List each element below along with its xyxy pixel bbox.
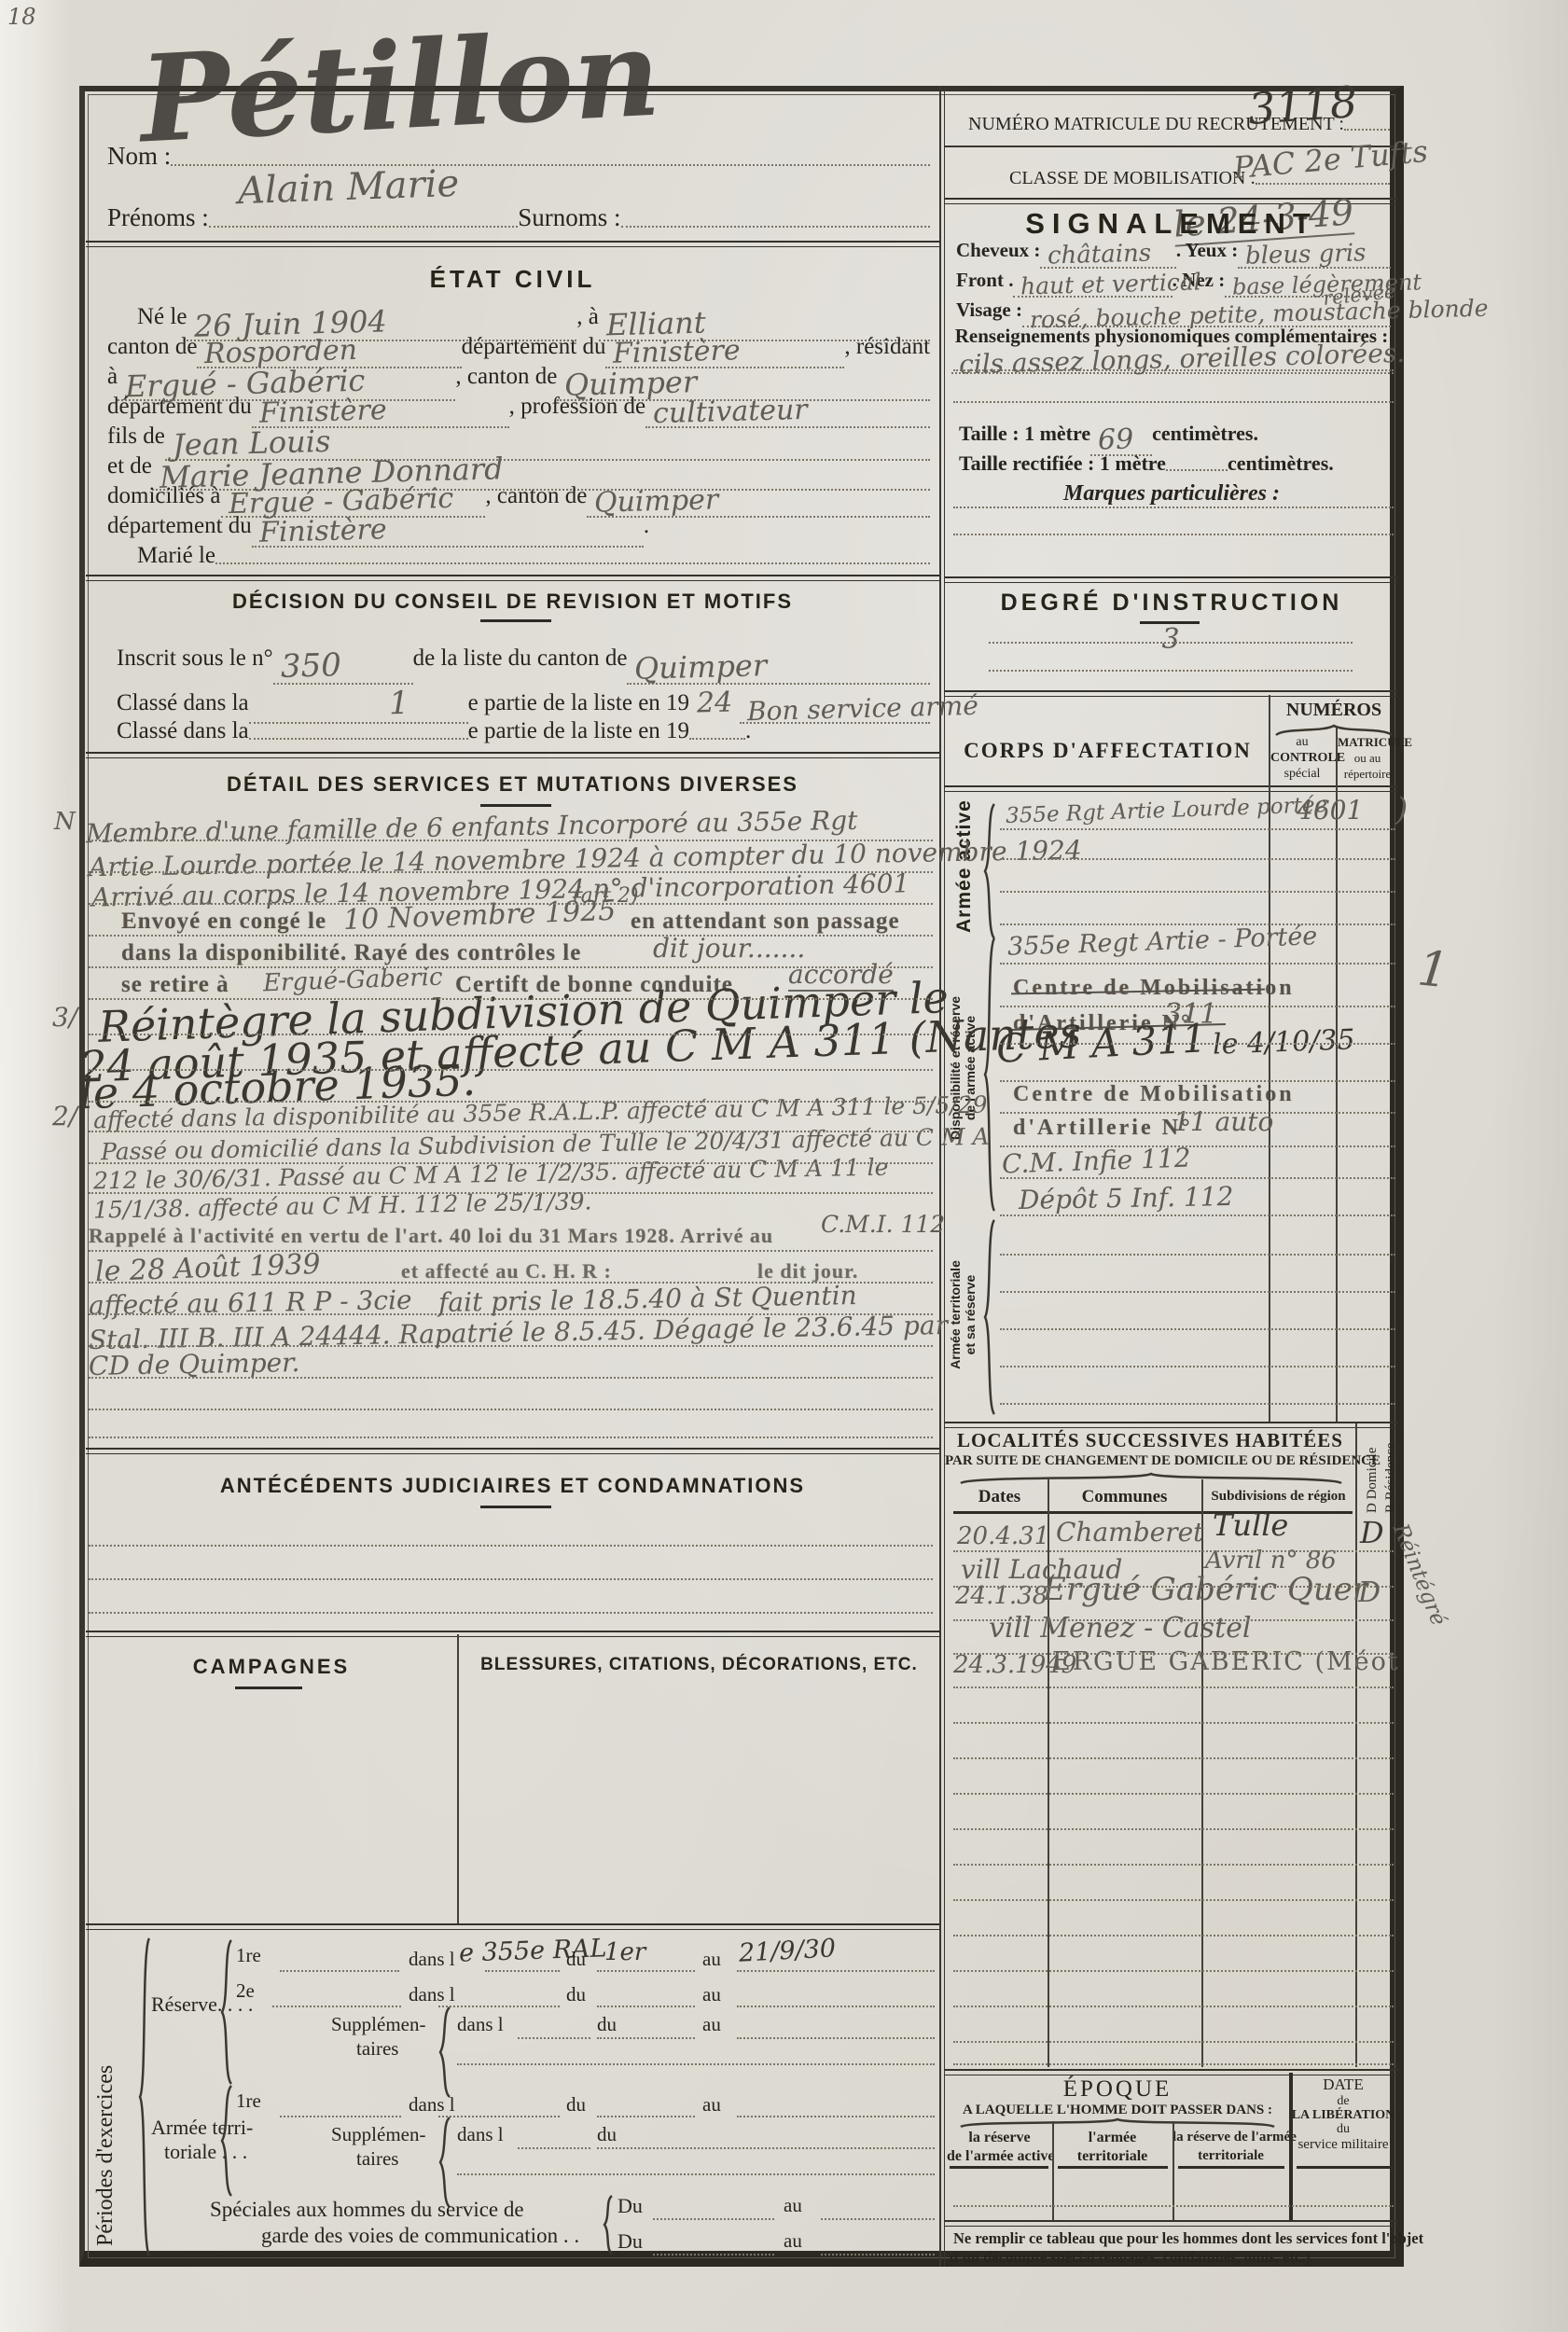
- suppl-brace: [438, 2116, 451, 2209]
- campagnes-divider: [457, 1634, 459, 1923]
- margin-mark-2: 2/: [52, 1101, 77, 1131]
- stamp-disponibilite: dans la disponibilité. Rayé des contrôle…: [121, 940, 581, 966]
- inscrit-row: Inscrit sous le n° 350 de la liste du ca…: [117, 645, 930, 689]
- taille-label: Taille : 1 mètre: [959, 422, 1090, 446]
- fiche-matricule-page: 18 Pétillon Nom : Prénoms : Surnoms : Al…: [0, 0, 1568, 2332]
- controle-header-3: spécial: [1270, 767, 1334, 782]
- rule: [86, 241, 939, 247]
- inscrit-canton: Quimper: [627, 647, 775, 687]
- reserve-1re-du: 1er: [604, 1938, 645, 1966]
- dotted-rule: [1000, 1145, 1395, 1147]
- front-value: haut et vertical: [1013, 268, 1209, 299]
- hw-cmi-112: C.M.I. 112: [821, 1211, 945, 1238]
- controle-header-2: CONTROLE: [1270, 751, 1334, 766]
- header-line: [953, 1511, 1353, 1514]
- services-line: affecté au 611 R P - 3cie: [89, 1284, 412, 1321]
- localite-dr: D: [1360, 1515, 1384, 1550]
- dotted-rule: [89, 903, 933, 905]
- renseignements-row: cils assez longs, oreilles colorées.: [951, 341, 1394, 379]
- dotted-rule: [457, 2063, 935, 2065]
- territoriale-1re-label: 1re: [236, 2089, 261, 2113]
- header-line: [1058, 2166, 1168, 2169]
- cheveux-label: Cheveux :: [956, 239, 1040, 262]
- dotted-rule: [1000, 1215, 1395, 1216]
- epoque-note-2: d'un décompte spécial (engagés, condamné…: [950, 2248, 1314, 2267]
- group-brace: [983, 802, 996, 940]
- rule: [945, 1422, 1398, 1428]
- dotted-rule: [953, 534, 1394, 535]
- dotted-rule: [737, 2116, 935, 2117]
- dotted-rule: [1000, 828, 1395, 830]
- matricule-header-2: ou au: [1338, 751, 1397, 766]
- margin-paren-mark: ): [1395, 791, 1408, 828]
- dotted-rule: [737, 2006, 935, 2007]
- dotted-rule: [953, 2063, 1394, 2065]
- dotted-rule: [89, 935, 933, 937]
- dotted-rule: [89, 1345, 933, 1347]
- title-dash: [480, 804, 551, 807]
- renseignements-value: cils assez longs, oreilles colorées.: [951, 338, 1413, 381]
- localites-subtitle: PAR SUITE DE CHANGEMENT DE DOMICILE OU D…: [945, 1453, 1355, 1469]
- dotted-rule: [438, 2006, 560, 2007]
- localite-subdivision: Tulle: [1213, 1507, 1288, 1543]
- speciales-label-1: Spéciales aux hommes du service de: [210, 2198, 524, 2222]
- dotted-rule: [953, 1687, 1394, 1688]
- rule: [86, 1923, 939, 1930]
- epoque-brace: [959, 2117, 1276, 2129]
- classe2-row: Classé dans la e partie de la liste en 1…: [117, 718, 930, 744]
- stamp-rappele: Rappelé à l'activité en vertu de l'art. …: [89, 1224, 773, 1248]
- territoriale-suppl-label: Supplémen-: [331, 2123, 425, 2146]
- taille-rectifiee-label: Taille rectifiée : 1 mètre: [959, 451, 1166, 476]
- header-line: [1297, 2166, 1394, 2169]
- etat-civil-title: ÉTAT CIVIL: [86, 265, 939, 294]
- rule: [945, 2220, 1398, 2227]
- dotted-rule: [953, 369, 1394, 371]
- epoque-subtitle: A LAQUELLE L'HOMME DOIT PASSER DANS :: [945, 2103, 1290, 2118]
- dotted-rule: [89, 1101, 933, 1103]
- dotted-rule: [989, 642, 1353, 644]
- decision-title: DÉCISION DU CONSEIL DE REVISION ET MOTIF…: [86, 590, 939, 614]
- signalement-title: SIGNALEMENT: [945, 207, 1398, 241]
- epoque-col3: la réserve de l'arméeterritoriale: [1173, 2129, 1289, 2165]
- stamp-artillerie-2-num: 11 auto: [1173, 1106, 1273, 1137]
- margin-mark-n: N: [54, 808, 76, 836]
- campagnes-title: CAMPAGNES: [86, 1655, 457, 1679]
- dotted-rule: [953, 507, 1394, 508]
- dotted-rule: [597, 2147, 935, 2149]
- dotted-rule: [89, 1313, 933, 1315]
- prenoms-line: [209, 226, 518, 228]
- dotted-rule: [280, 1970, 399, 1972]
- column-divider: [939, 86, 945, 2267]
- epoque-col2: l'arméeterritoriale: [1052, 2129, 1173, 2166]
- antecedents-title: ANTÉCÉDENTS JUDICIAIRES ET CONDAMNATIONS: [86, 1474, 939, 1498]
- stamp-centre-mobilisation-2: Centre de Mobilisation: [1013, 1082, 1295, 1107]
- territoriale-brace: [220, 2084, 233, 2198]
- col-communes: Communes: [1048, 1487, 1201, 1507]
- marques-label: Marques particulières :: [945, 481, 1398, 507]
- group-brace: [983, 937, 996, 1213]
- dotted-rule: [518, 2147, 590, 2149]
- dotted-rule: [953, 2205, 1394, 2207]
- corner-pencil-mark: 18: [7, 4, 36, 30]
- col-dates: Dates: [951, 1487, 1048, 1507]
- dotted-rule: [953, 1722, 1394, 1724]
- dotted-rule: [89, 1409, 933, 1410]
- dotted-rule: [89, 998, 933, 1000]
- yeux-label: . Yeux :: [1176, 239, 1238, 262]
- dotted-rule: [1000, 963, 1395, 965]
- taille-unit: centimètres.: [1152, 422, 1258, 446]
- dotted-rule: [953, 1757, 1394, 1759]
- rule: [86, 752, 939, 758]
- dotted-rule: [1000, 858, 1395, 860]
- dotted-rule: [89, 1192, 933, 1194]
- periodes-brace: [138, 1936, 151, 2257]
- dotted-rule: [1000, 923, 1395, 925]
- localite-date: 20.4.31: [957, 1522, 1049, 1550]
- dotted-rule: [653, 2254, 774, 2256]
- taille-rectifiee-row: Taille rectifiée : 1 mètre centimètres.: [959, 451, 1390, 476]
- localites-brace: [959, 1472, 1343, 1485]
- col-domicile-residence: D Domicile R Résidence: [1364, 1423, 1400, 1513]
- dotted-rule: [89, 1250, 933, 1252]
- reserve-brace: [220, 1938, 233, 2086]
- dotted-rule: [280, 2116, 401, 2117]
- epoque-note-1: Ne remplir ce tableau que pour les homme…: [953, 2229, 1423, 2248]
- stamp-affecte-chr: et affecté au C. H. R :: [401, 1259, 612, 1284]
- classe-line: [1256, 183, 1390, 185]
- surnoms-label: Surnoms :: [518, 203, 620, 232]
- rule: [945, 690, 1398, 697]
- dotted-rule: [457, 2173, 935, 2175]
- dotted-rule: [953, 2041, 1394, 2043]
- localite-commune: vill Menez - Castel: [989, 1612, 1251, 1645]
- table-line: [1201, 1479, 1203, 2067]
- dotted-rule: [953, 1586, 1394, 1588]
- group-territoriale: Armée territoriale et sa réserve: [948, 1219, 978, 1410]
- dotted-rule: [653, 2218, 774, 2220]
- dotted-rule: [989, 670, 1353, 672]
- services-title: DÉTAIL DES SERVICES ET MUTATIONS DIVERSE…: [86, 772, 939, 797]
- epoque-date-col: DATE de LA LIBÉRATION du service militai…: [1289, 2076, 1397, 2152]
- controle-header-1: au: [1270, 735, 1334, 750]
- yeux-value: bleus gris: [1238, 239, 1374, 271]
- dotted-rule: [953, 1935, 1394, 1936]
- stamp-attendant: en attendant son passage: [631, 909, 900, 935]
- dotted-rule: [1000, 1254, 1395, 1256]
- prenoms-value: Alain Marie: [237, 162, 460, 213]
- rule: [86, 1448, 939, 1454]
- dotted-rule: [89, 966, 933, 968]
- nom-line: [171, 164, 930, 166]
- dotted-rule: [1000, 1080, 1395, 1082]
- hw-depot: Dépôt 5 Inf. 112: [1019, 1181, 1234, 1215]
- classe1-annee: 24: [689, 686, 741, 719]
- dotted-rule: [953, 1653, 1394, 1655]
- inscrit-numero: 350: [272, 646, 349, 686]
- dotted-rule: [89, 871, 933, 873]
- marie-row: Marié le: [107, 543, 930, 569]
- corps-title: CORPS D'AFFECTATION: [947, 739, 1269, 763]
- degre-value: 3: [1138, 623, 1203, 656]
- periodes-label: Périodes d'exercices: [93, 2065, 118, 2246]
- localites-title: LOCALITÉS SUCCESSIVES HABITÉES: [945, 1429, 1355, 1452]
- header-line: [950, 2166, 1048, 2169]
- cheveux-value: châtains: [1040, 239, 1159, 270]
- classe-label: CLASSE DE MOBILISATION :: [1009, 168, 1256, 189]
- header-line: [1178, 2166, 1284, 2169]
- dotted-rule: [597, 2006, 695, 2007]
- matricule-header-1: MATRICULE: [1338, 735, 1397, 750]
- dotted-rule: [953, 1970, 1394, 1972]
- dotted-rule: [821, 2254, 935, 2256]
- dotted-rule: [953, 1550, 1394, 1552]
- dotted-rule: [597, 2037, 695, 2039]
- front-label: Front .: [956, 269, 1013, 292]
- localite-commune: ERGUE GABERIC (Méot: [1052, 1647, 1400, 1676]
- dotted-rule: [1000, 1177, 1395, 1179]
- dotted-rule: [821, 2218, 935, 2220]
- epoque-title: ÉPOQUE: [945, 2076, 1290, 2103]
- stamp-se-retire: se retire à: [121, 972, 229, 998]
- dotted-rule: [89, 1034, 933, 1035]
- dotted-rule: [89, 1377, 933, 1379]
- dotted-rule: [1000, 1043, 1395, 1045]
- prenoms-row: Prénoms : Surnoms :: [107, 203, 930, 232]
- rule: [86, 575, 939, 581]
- matricule-line: [1344, 129, 1390, 131]
- reserve-1re-au: 21/9/30: [738, 1934, 837, 1967]
- taille-rectifiee-unit: centimètres.: [1228, 451, 1334, 476]
- dotted-rule: [1000, 1112, 1395, 1114]
- rule: [945, 2069, 1398, 2075]
- stamp-envoye-conge: Envoyé en congé le: [121, 909, 326, 935]
- dotted-rule: [953, 401, 1394, 403]
- territoriale-label: Armée terri-: [151, 2116, 253, 2140]
- dotted-rule: [89, 1069, 933, 1071]
- localite-dr: D: [1358, 1576, 1381, 1609]
- stamp-artillerie-2: d'Artillerie N°: [1013, 1116, 1193, 1141]
- dotted-rule: [953, 1793, 1394, 1795]
- dotted-rule: [89, 840, 933, 841]
- hw-cm-infanterie: C.M. Infie 112: [1001, 1142, 1191, 1179]
- prenoms-label: Prénoms :: [107, 203, 209, 232]
- matricule-header-3: répertoire: [1338, 767, 1397, 782]
- dotted-rule: [953, 1828, 1394, 1830]
- rule: [86, 1631, 939, 1637]
- blessures-title: BLESSURES, CITATIONS, DÉCORATIONS, ETC.: [459, 1655, 939, 1675]
- table-line: [1336, 728, 1338, 1422]
- dotted-rule: [1000, 1366, 1395, 1367]
- group-disponibilite: Disponibilité et réserve de l'armée acti…: [948, 928, 978, 1208]
- localite-commune: Chamberet: [1056, 1517, 1203, 1548]
- dotted-rule: [597, 1970, 695, 1972]
- dotted-rule: [485, 1970, 560, 1972]
- dotted-rule: [953, 1899, 1394, 1901]
- hw-dit-jour: dit jour.......: [653, 933, 805, 964]
- dotted-rule: [89, 1578, 933, 1580]
- dotted-rule: [89, 1282, 933, 1284]
- dotted-rule: [1000, 1403, 1395, 1405]
- suppl-brace: [438, 2006, 451, 2099]
- visage-label: Visage :: [956, 298, 1022, 322]
- margin-one-mark: 1: [1415, 940, 1451, 999]
- dotted-rule: [1000, 1291, 1395, 1293]
- dotted-rule: [737, 1970, 935, 1972]
- speciales-brace: [603, 2194, 614, 2256]
- speciales-label-2: garde des voies de communication . .: [261, 2224, 579, 2248]
- corps-entry-matricule: 4601: [1297, 795, 1363, 826]
- dotted-rule: [89, 1612, 933, 1614]
- nom-row: Nom :: [107, 142, 930, 171]
- reserve-2e-label: 2e: [236, 1979, 255, 2003]
- title-dash: [480, 1506, 551, 1508]
- rule: [945, 785, 1398, 792]
- dotted-rule: [438, 2116, 560, 2117]
- epoque-col1: la réservede l'armée active: [947, 2129, 1052, 2166]
- dotted-rule: [953, 2006, 1394, 2007]
- group-brace: [983, 1218, 996, 1416]
- col-subdivisions: Subdivisions de région: [1201, 1489, 1355, 1505]
- dotted-rule: [89, 1162, 933, 1164]
- dotted-rule: [89, 1131, 933, 1132]
- nom-label: Nom :: [107, 142, 171, 171]
- dotted-rule: [89, 1437, 933, 1438]
- degre-title: DEGRÉ D'INSTRUCTION: [945, 590, 1398, 617]
- dotted-rule: [518, 2037, 590, 2039]
- dotted-rule: [953, 1619, 1394, 1621]
- dotted-rule: [953, 1864, 1394, 1866]
- dotted-rule: [1000, 1328, 1395, 1330]
- matricule-value: 3118: [1246, 76, 1359, 134]
- title-dash: [235, 1687, 302, 1689]
- title-dash: [480, 619, 551, 622]
- localite-commune: Ergué Gabéric Quer: [1043, 1571, 1367, 1608]
- rule: [945, 576, 1398, 583]
- dotted-rule: [597, 2116, 695, 2117]
- dotted-rule: [89, 1545, 933, 1547]
- margin-mark-3: 3/: [52, 1002, 77, 1033]
- dotted-rule: [1000, 891, 1395, 893]
- numeros-header: NUMÉROS: [1270, 700, 1397, 721]
- surnoms-line: [621, 226, 930, 228]
- dotted-rule: [272, 2006, 401, 2007]
- reserve-1re-label: 1re: [236, 1944, 261, 1967]
- dotted-rule: [1000, 1006, 1395, 1007]
- dotted-rule: [737, 2037, 935, 2039]
- table-line: [1289, 2073, 1293, 2220]
- supplementaires-label: Supplémen-: [331, 2013, 425, 2036]
